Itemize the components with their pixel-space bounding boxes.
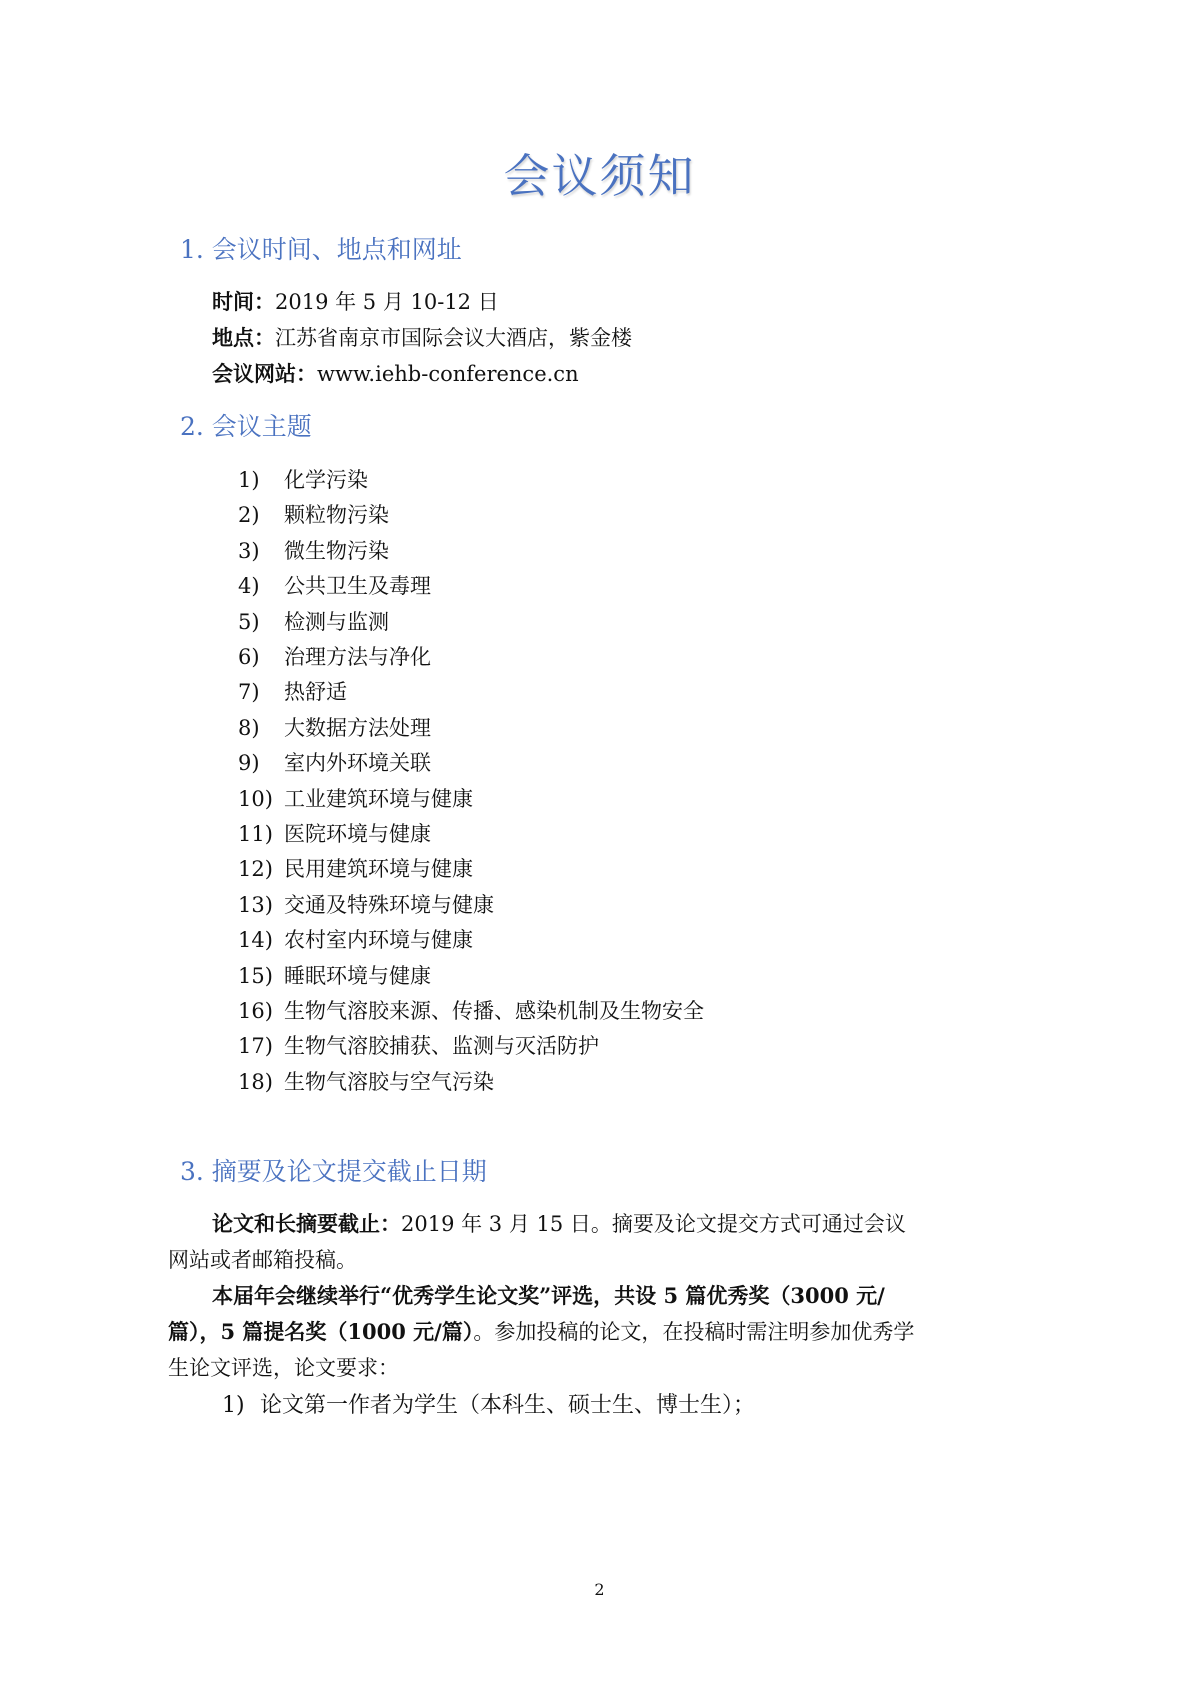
topic-item: 10)工业建筑环境与健康 bbox=[238, 783, 473, 813]
topic-item: 1)化学污染 bbox=[238, 464, 368, 494]
award-line-3: 生论文评选，论文要求： bbox=[168, 1352, 399, 1382]
topic-item: 9)室内外环境关联 bbox=[238, 747, 431, 777]
topic-item: 16)生物气溶胶来源、传播、感染机制及生物安全 bbox=[238, 995, 704, 1025]
topic-item: 8)大数据方法处理 bbox=[238, 712, 431, 742]
topic-item: 4)公共卫生及毒理 bbox=[238, 570, 431, 600]
requirement-item: 1)论文第一作者为学生（本科生、硕士生、博士生）； bbox=[222, 1388, 755, 1419]
section-heading-3: 3. 摘要及论文提交截止日期 bbox=[180, 1152, 487, 1188]
deadline-line: 论文和长摘要截止：2019 年 3 月 15 日。摘要及论文提交方式可通过会议 bbox=[212, 1208, 906, 1238]
section-heading-2: 2. 会议主题 bbox=[180, 407, 312, 443]
award-line-2: 篇），5 篇提名奖（1000 元/篇）。参加投稿的论文，在投稿时需注明参加优秀学 bbox=[168, 1316, 914, 1346]
website-line: 会议网站：www.iehb-conference.cn bbox=[212, 358, 579, 388]
page-title: 会议须知 bbox=[0, 140, 1199, 206]
topic-item: 17)生物气溶胶捕获、监测与灭活防护 bbox=[238, 1030, 599, 1060]
topic-item: 13)交通及特殊环境与健康 bbox=[238, 889, 494, 919]
section-heading-1: 1. 会议时间、地点和网址 bbox=[180, 230, 462, 266]
deadline-line-2: 网站或者邮箱投稿。 bbox=[168, 1244, 357, 1274]
topic-item: 14)农村室内环境与健康 bbox=[238, 924, 473, 954]
page-number: 2 bbox=[0, 1580, 1199, 1599]
topic-item: 15)睡眠环境与健康 bbox=[238, 960, 431, 990]
place-line: 地点：江苏省南京市国际会议大酒店，紫金楼 bbox=[212, 322, 632, 352]
website-link[interactable]: www.iehb-conference.cn bbox=[317, 362, 579, 386]
topic-item: 11)医院环境与健康 bbox=[238, 818, 431, 848]
topic-item: 12)民用建筑环境与健康 bbox=[238, 853, 473, 883]
topic-item: 6)治理方法与净化 bbox=[238, 641, 431, 671]
award-line-1: 本届年会继续举行“优秀学生论文奖”评选，共设 5 篇优秀奖（3000 元/ bbox=[212, 1280, 885, 1310]
time-line: 时间：2019 年 5 月 10-12 日 bbox=[212, 286, 499, 316]
topic-item: 5)检测与监测 bbox=[238, 606, 389, 636]
topic-item: 3)微生物污染 bbox=[238, 535, 389, 565]
topic-item: 18)生物气溶胶与空气污染 bbox=[238, 1066, 494, 1096]
topic-item: 2)颗粒物污染 bbox=[238, 499, 389, 529]
topic-item: 7)热舒适 bbox=[238, 676, 347, 706]
